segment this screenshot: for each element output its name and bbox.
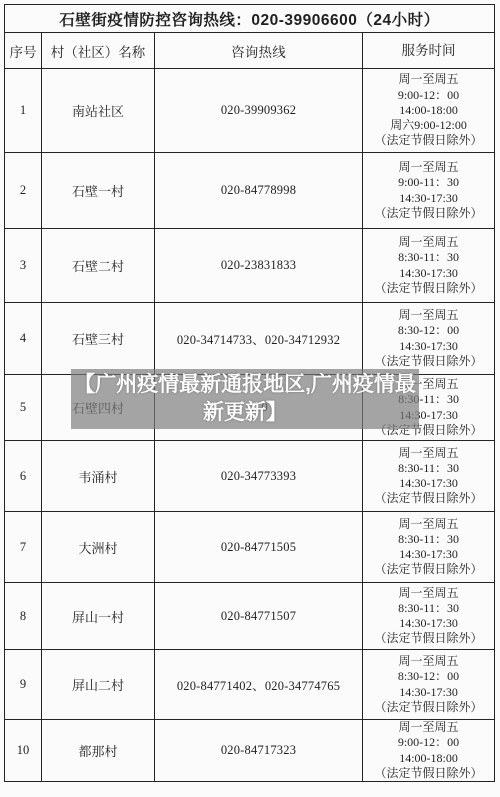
table-row: 6 韦涌村 020-34773393 周一至周五 8:30-11：30 14:3…: [5, 441, 495, 512]
page: 石壁街疫情防控咨询热线：020-39906600（24小时） 序号 村（社区）名…: [0, 0, 500, 797]
table-row: 9 屏山二村 020-84771402、020-34774765 周一至周五 8…: [5, 650, 495, 720]
table-row: 10 都那村 020-84717323 周一至周五 9:00-12：00 14:…: [5, 720, 495, 782]
village-name: 石壁二村: [42, 229, 155, 303]
hotline-number: 020-34714733、020-34712932: [155, 303, 363, 375]
village-name: 屏山二村: [42, 650, 155, 720]
service-hours: 周一至周五 8:30-11：30 14:30-17:30 （法定节假日除外）: [363, 583, 495, 650]
service-hours: 周一至周五 8:30-11：30 14:30-17:30 （法定节假日除外）: [363, 441, 495, 512]
hotline-table: 石壁街疫情防控咨询热线：020-39906600（24小时） 序号 村（社区）名…: [4, 4, 495, 782]
row-number: 3: [5, 229, 42, 303]
hotline-number: 020-39909362: [155, 69, 363, 153]
hotline-number: 020-34773393: [155, 441, 363, 512]
table-row: 7 大洲村 020-84771505 周一至周五 8:30-11：30 14:3…: [5, 512, 495, 583]
row-number: 10: [5, 720, 42, 782]
row-number: 8: [5, 583, 42, 650]
hotline-number: 020-84778998: [155, 153, 363, 229]
table-title-row: 石壁街疫情防控咨询热线：020-39906600（24小时）: [5, 5, 495, 33]
service-hours: 周一至周五 8:30-11：30 14:30-17:30 （法定节假日除外）: [363, 229, 495, 303]
row-number: 6: [5, 441, 42, 512]
table-row: 4 石壁三村 020-34714733、020-34712932 周一至周五 8…: [5, 303, 495, 375]
service-hours: 周一至周五 8:30-11：30 14:30-17:30 （法定节假日除外）: [363, 512, 495, 583]
service-hours: 周一至周五 9:00-11：30 14:30-17:30 （法定节假日除外）: [363, 153, 495, 229]
row-number: 5: [5, 375, 42, 441]
service-hours: 周一至周五 9:00-12：00 14:00-18:00 周六9:00-12:0…: [363, 69, 495, 153]
village-name: 都那村: [42, 720, 155, 782]
row-number: 1: [5, 69, 42, 153]
table-row: 5 石壁四村 110 周一至周五 8:30-11：30 14:30-17:30 …: [5, 375, 495, 441]
row-number: 2: [5, 153, 42, 229]
village-name: 石壁三村: [42, 303, 155, 375]
service-hours: 周一至周五 9:00-12：00 14:00-18:00 （法定节假日除外）: [363, 720, 495, 782]
hotline-number: 020-23831833: [155, 229, 363, 303]
village-name: 南站社区: [42, 69, 155, 153]
village-name: 石壁四村: [42, 375, 155, 441]
hotline-number: 110: [155, 375, 363, 441]
hotline-number: 020-84771402、020-34774765: [155, 650, 363, 720]
hotline-number: 020-84771505: [155, 512, 363, 583]
hotline-number: 020-84771507: [155, 583, 363, 650]
hotline-number: 020-84717323: [155, 720, 363, 782]
table-title: 石壁街疫情防控咨询热线：020-39906600（24小时）: [5, 5, 495, 33]
column-header-hotline: 咨询热线: [155, 33, 363, 69]
village-name: 大洲村: [42, 512, 155, 583]
table-header-row: 序号 村（社区）名称 咨询热线 服务时间: [5, 33, 495, 69]
service-hours: 周一至周五 8:30-11：30 14:30-17:30 （法定节假日除外）: [363, 375, 495, 441]
village-name: 屏山一村: [42, 583, 155, 650]
row-number: 9: [5, 650, 42, 720]
column-header-no: 序号: [5, 33, 42, 69]
service-hours: 周一至周五 8:30-12：00 14:30-17:30 （法定节假日除外）: [363, 303, 495, 375]
table-row: 8 屏山一村 020-84771507 周一至周五 8:30-11：30 14:…: [5, 583, 495, 650]
table-row: 1 南站社区 020-39909362 周一至周五 9:00-12：00 14:…: [5, 69, 495, 153]
table-row: 3 石壁二村 020-23831833 周一至周五 8:30-11：30 14:…: [5, 229, 495, 303]
service-hours: 周一至周五 8:30-12：00 14:30-17:30 （法定节假日除外）: [363, 650, 495, 720]
table-row: 2 石壁一村 020-84778998 周一至周五 9:00-11：30 14:…: [5, 153, 495, 229]
column-header-name: 村（社区）名称: [42, 33, 155, 69]
village-name: 石壁一村: [42, 153, 155, 229]
row-number: 4: [5, 303, 42, 375]
row-number: 7: [5, 512, 42, 583]
column-header-hours: 服务时间: [363, 33, 495, 69]
village-name: 韦涌村: [42, 441, 155, 512]
